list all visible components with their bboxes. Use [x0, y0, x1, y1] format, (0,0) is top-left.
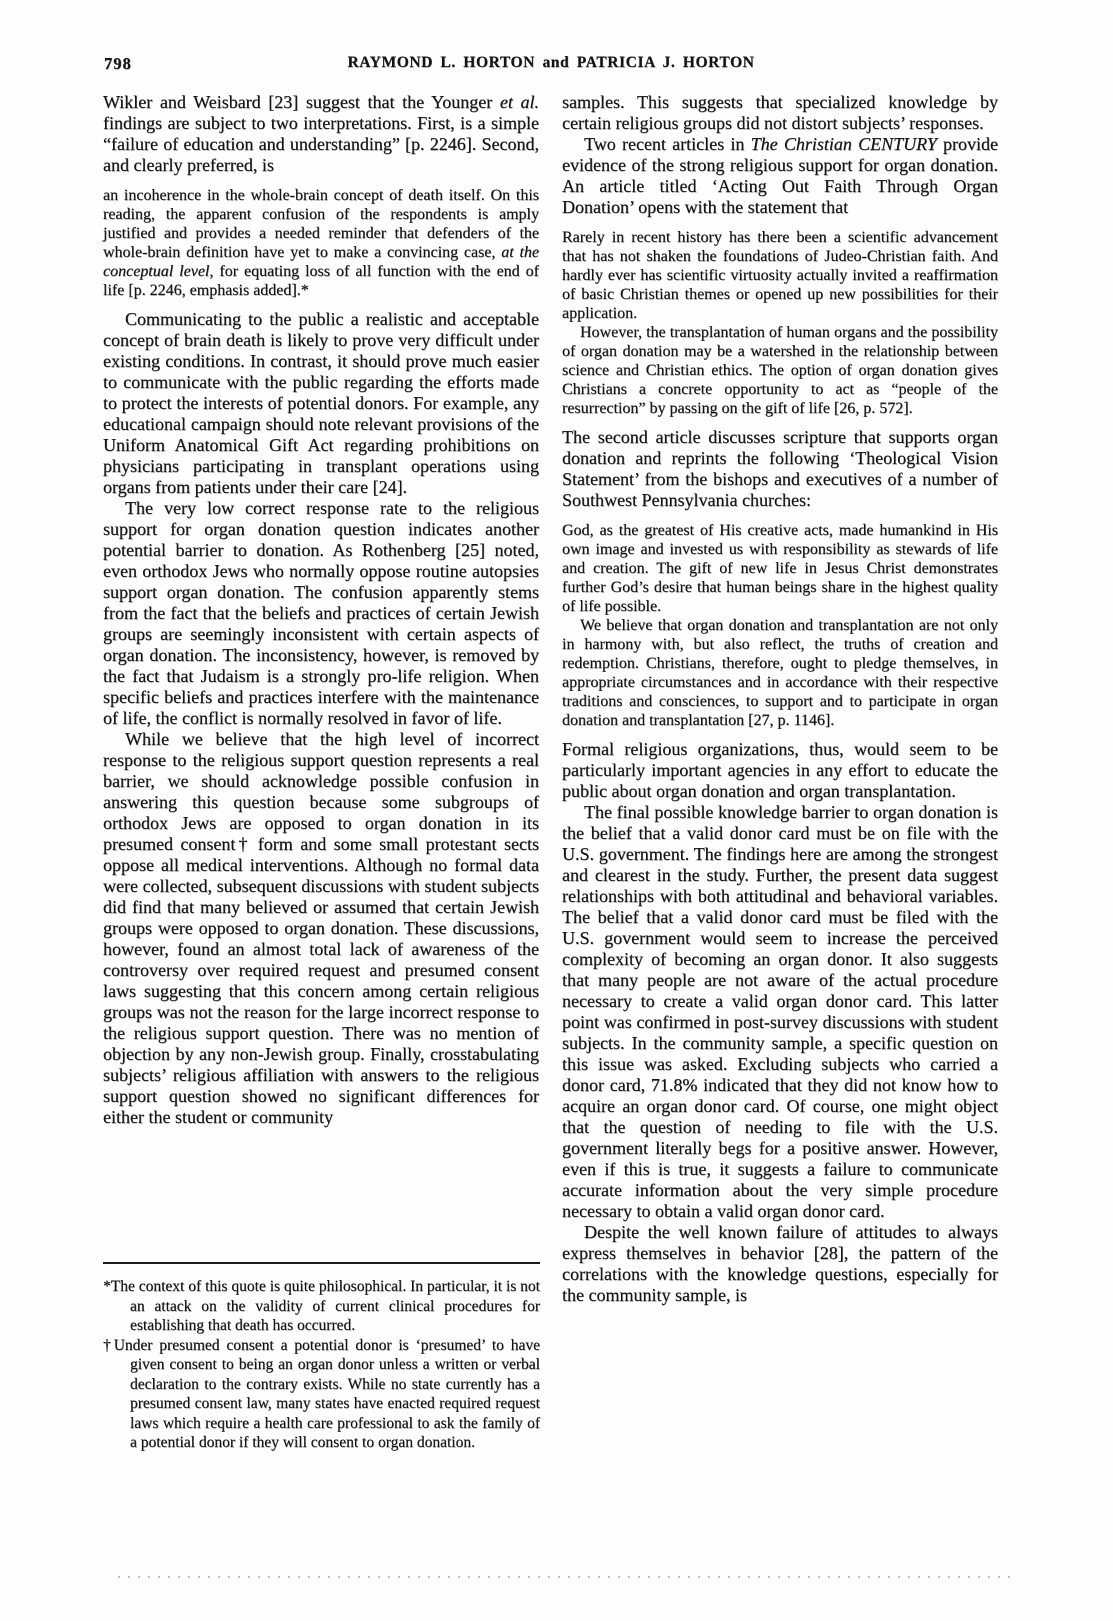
scan-artifact-line [118, 1576, 1010, 1578]
italic-text-run: et al. [500, 92, 539, 112]
paragraph-block: Communicating to the public a realistic … [103, 309, 539, 498]
paragraph: Formal religious organizations, thus, wo… [562, 739, 998, 802]
paragraph-block: The very low correct response rate to th… [103, 498, 539, 729]
text-run: However, the transplantation of human or… [562, 324, 998, 417]
footnote-separator [103, 1262, 540, 1264]
paper-page: 798 RAYMOND L. HORTON and PATRICIA J. HO… [0, 0, 1113, 1621]
text-run: Two recent articles in [584, 134, 751, 154]
text-run: The second article discusses scripture t… [562, 427, 998, 510]
text-run: While we believe that the high level of … [103, 729, 539, 1127]
paragraph: However, the transplantation of human or… [562, 323, 998, 418]
text-run: Despite the well known failure of attitu… [562, 1222, 998, 1305]
page-number: 798 [104, 54, 132, 74]
paragraph: Two recent articles in The Christian CEN… [562, 134, 998, 218]
footnote-text: Under presumed consent a potential donor… [114, 1337, 540, 1452]
paragraph-block: Formal religious organizations, thus, wo… [562, 739, 998, 802]
italic-text-run: The Christian CENTURY [751, 134, 937, 154]
text-run: an incoherence in the whole-brain concep… [103, 187, 539, 261]
text-run: findings are subject to two interpretati… [103, 113, 539, 175]
footnote-section: *The context of this quote is quite phil… [103, 1262, 540, 1453]
block-quote: God, as the greatest of His creative act… [562, 521, 998, 730]
paragraph: Wikler and Weisbard [23] suggest that th… [103, 92, 539, 176]
paragraph: While we believe that the high level of … [103, 729, 539, 1128]
paragraph-block: The second article discusses scripture t… [562, 427, 998, 511]
right-column: samples. This suggests that specialized … [562, 92, 998, 1306]
paragraph: We believe that organ donation and trans… [562, 616, 998, 730]
paragraph: The final possible knowledge barrier to … [562, 802, 998, 1222]
paragraph: Communicating to the public a realistic … [103, 309, 539, 498]
footnote-marker: † [103, 1337, 114, 1354]
footnote-text: The context of this quote is quite philo… [111, 1278, 540, 1334]
paragraph: Despite the well known failure of attitu… [562, 1222, 998, 1306]
footnote: *The context of this quote is quite phil… [103, 1277, 540, 1336]
text-run: The very low correct response rate to th… [103, 498, 539, 728]
paragraph: samples. This suggests that specialized … [562, 92, 998, 134]
page-header: 798 RAYMOND L. HORTON and PATRICIA J. HO… [104, 54, 998, 76]
block-quote: Rarely in recent history has there been … [562, 228, 998, 418]
block-quote: an incoherence in the whole-brain concep… [103, 186, 539, 300]
text-run: Communicating to the public a realistic … [103, 309, 539, 497]
footnote-list: *The context of this quote is quite phil… [103, 1277, 540, 1453]
paragraph-block: Wikler and Weisbard [23] suggest that th… [103, 92, 539, 176]
paragraph: God, as the greatest of His creative act… [562, 521, 998, 616]
footnote-marker: * [103, 1278, 111, 1295]
paragraph-block: The final possible knowledge barrier to … [562, 802, 998, 1222]
running-head: RAYMOND L. HORTON and PATRICIA J. HORTON [104, 54, 998, 72]
paragraph: The very low correct response rate to th… [103, 498, 539, 729]
text-run: We believe that organ donation and trans… [562, 617, 998, 729]
paragraph: The second article discusses scripture t… [562, 427, 998, 511]
footnote: †Under presumed consent a potential dono… [103, 1336, 540, 1453]
paragraph-block: While we believe that the high level of … [103, 729, 539, 1128]
text-run: Rarely in recent history has there been … [562, 229, 998, 322]
text-run: God, as the greatest of His creative act… [562, 522, 998, 615]
paragraph-block: samples. This suggests that specialized … [562, 92, 998, 134]
paragraph-block: Two recent articles in The Christian CEN… [562, 134, 998, 218]
text-run: The final possible knowledge barrier to … [562, 802, 998, 1221]
paragraph: Rarely in recent history has there been … [562, 228, 998, 323]
text-run: Wikler and Weisbard [23] suggest that th… [103, 92, 500, 112]
text-run: samples. This suggests that specialized … [562, 92, 998, 133]
left-column: Wikler and Weisbard [23] suggest that th… [103, 92, 539, 1128]
paragraph-block: Despite the well known failure of attitu… [562, 1222, 998, 1306]
paragraph: an incoherence in the whole-brain concep… [103, 186, 539, 300]
text-run: Formal religious organizations, thus, wo… [562, 739, 998, 801]
